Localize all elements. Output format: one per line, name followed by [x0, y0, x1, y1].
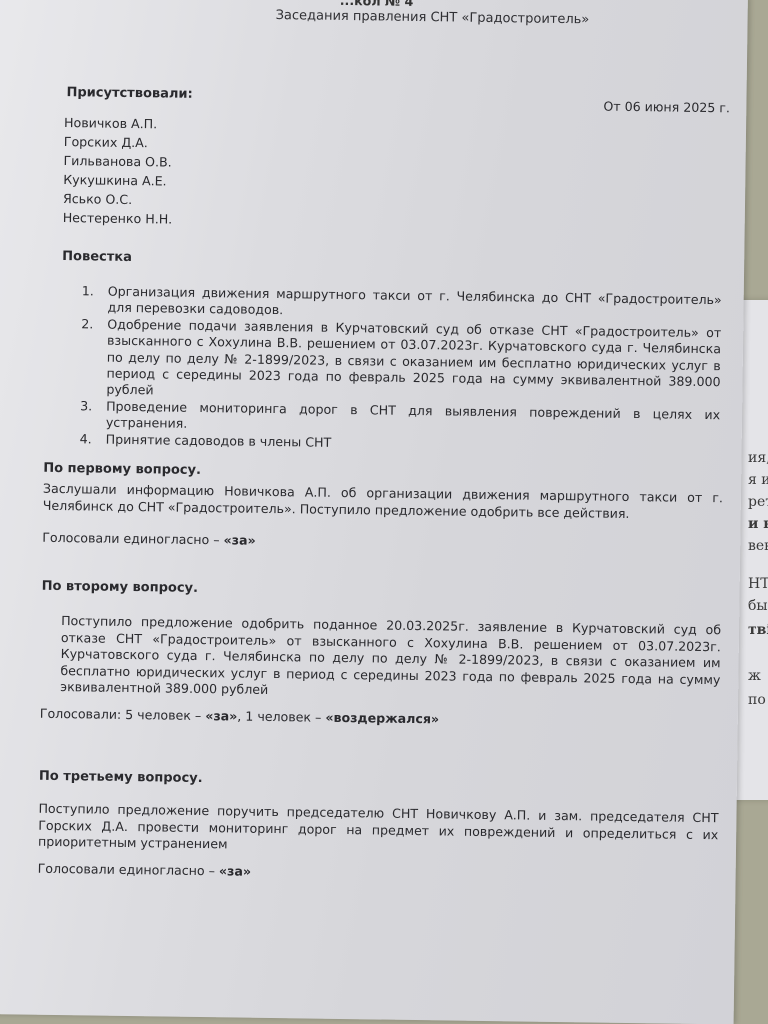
section-question-2: По второму вопросу. Поступило предложени…: [40, 579, 722, 731]
member: Ясько О.С.: [63, 189, 173, 210]
present-label: Присутствовали:: [66, 85, 192, 103]
member: Новичков А.П.: [64, 113, 174, 134]
member: Кукушкина А.Е.: [63, 170, 173, 191]
vote-result: Голосовали единогласно – «за»: [42, 530, 722, 555]
section-question-3: По третьему вопросу. Поступило предложен…: [38, 769, 719, 886]
member: Горских Д.А.: [64, 132, 174, 153]
section-body: Поступило предложение одобрить поданное …: [40, 613, 721, 705]
bg-text-fragment: НТ: [748, 576, 768, 592]
vote-result: Голосовали единогласно – «за»: [38, 860, 718, 885]
agenda-list: 1.Организация движения маршрутного такси…: [80, 283, 722, 456]
document-page: ...кол № 4 Заседания правления СНТ «Град…: [0, 0, 748, 1024]
member: Гильванова О.В.: [63, 151, 173, 172]
bg-text-fragment: вен: [748, 538, 768, 554]
section-heading: По второму вопросу.: [42, 579, 722, 604]
document-title: Заседания правления СНТ «Градостроитель»: [275, 8, 589, 28]
meeting-date: От 06 июня 2025 г.: [603, 99, 730, 117]
section-question-1: По первому вопросу. Заслушали информацию…: [42, 461, 723, 555]
section-heading: По третьему вопросу.: [39, 769, 719, 794]
bg-text-fragment: ия,: [748, 450, 768, 466]
bg-text-fragment: я и: [748, 472, 768, 488]
agenda-item: 2.Одобрение подачи заявления в Курчатовс…: [80, 316, 721, 407]
member: Нестеренко Н.Н.: [63, 208, 173, 229]
section-body: Поступило предложение поручить председат…: [38, 801, 719, 860]
bg-text-fragment: реть: [748, 494, 768, 510]
bg-text-fragment: бы: [748, 598, 768, 614]
bg-text-fragment: тві: [748, 622, 768, 638]
vote-result: Голосовали: 5 человек – «за», 1 человек …: [40, 705, 720, 730]
members-list: Новичков А.П. Горских Д.А. Гильванова О.…: [63, 113, 174, 229]
bg-text-fragment: ж: [748, 668, 761, 684]
bg-text-fragment: и н: [748, 516, 768, 532]
bg-text-fragment: по: [748, 692, 766, 708]
agenda-label: Повестка: [62, 249, 132, 266]
section-body: Заслушали информацию Новичкова А.П. об о…: [43, 481, 723, 523]
